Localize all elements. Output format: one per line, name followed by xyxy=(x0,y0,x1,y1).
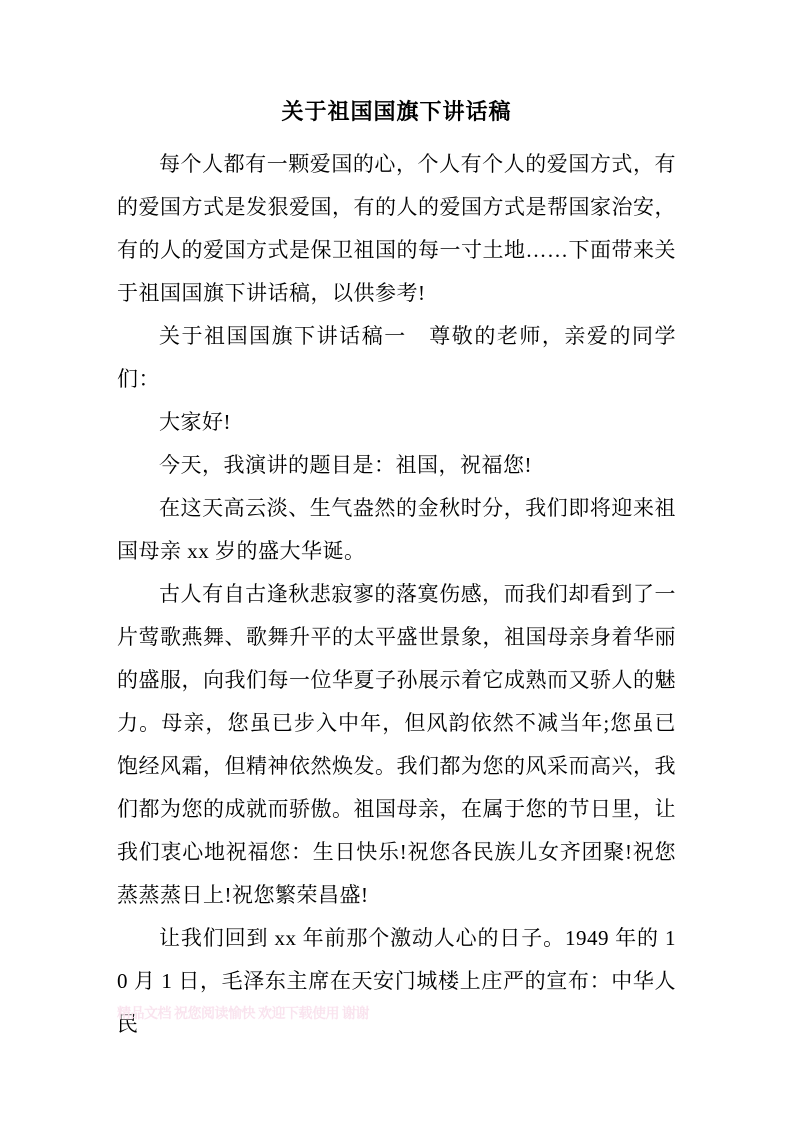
document-content: 关于祖国国旗下讲话稿 每个人都有一颗爱国的心，个人有个人的爱国方式，有的爱国方式… xyxy=(0,96,793,1046)
watermark-text: 精品文档 祝您阅读愉快 欢迎下载使用 谢谢 xyxy=(117,1005,369,1025)
paragraph-intro: 每个人都有一颗爱国的心，个人有个人的爱国方式，有的爱国方式是发狠爱国，有的人的爱… xyxy=(117,143,676,315)
paragraph-salutation: 关于祖国国旗下讲话稿一 尊敬的老师，亲爱的同学们： xyxy=(117,315,676,401)
document-page: 关于祖国国旗下讲话稿 每个人都有一颗爱国的心，个人有个人的爱国方式，有的爱国方式… xyxy=(0,0,793,1122)
paragraph-greeting: 大家好! xyxy=(117,401,676,444)
paragraph-blessing: 古人有自古逢秋悲寂寥的落寞伤感，而我们却看到了一片莺歌燕舞、歌舞升平的太平盛世景… xyxy=(117,573,676,917)
paragraph-history: 让我们回到 xx 年前那个激动人心的日子。1949 年的 10 月 1 日，毛泽… xyxy=(117,917,676,1046)
document-title: 关于祖国国旗下讲话稿 xyxy=(117,96,676,128)
paragraph-topic: 今天，我演讲的题目是：祖国，祝福您! xyxy=(117,444,676,487)
document-body: 每个人都有一颗爱国的心，个人有个人的爱国方式，有的爱国方式是发狠爱国，有的人的爱… xyxy=(117,143,676,1046)
paragraph-autumn: 在这天高云淡、生气盎然的金秋时分，我们即将迎来祖国母亲 xx 岁的盛大华诞。 xyxy=(117,487,676,573)
